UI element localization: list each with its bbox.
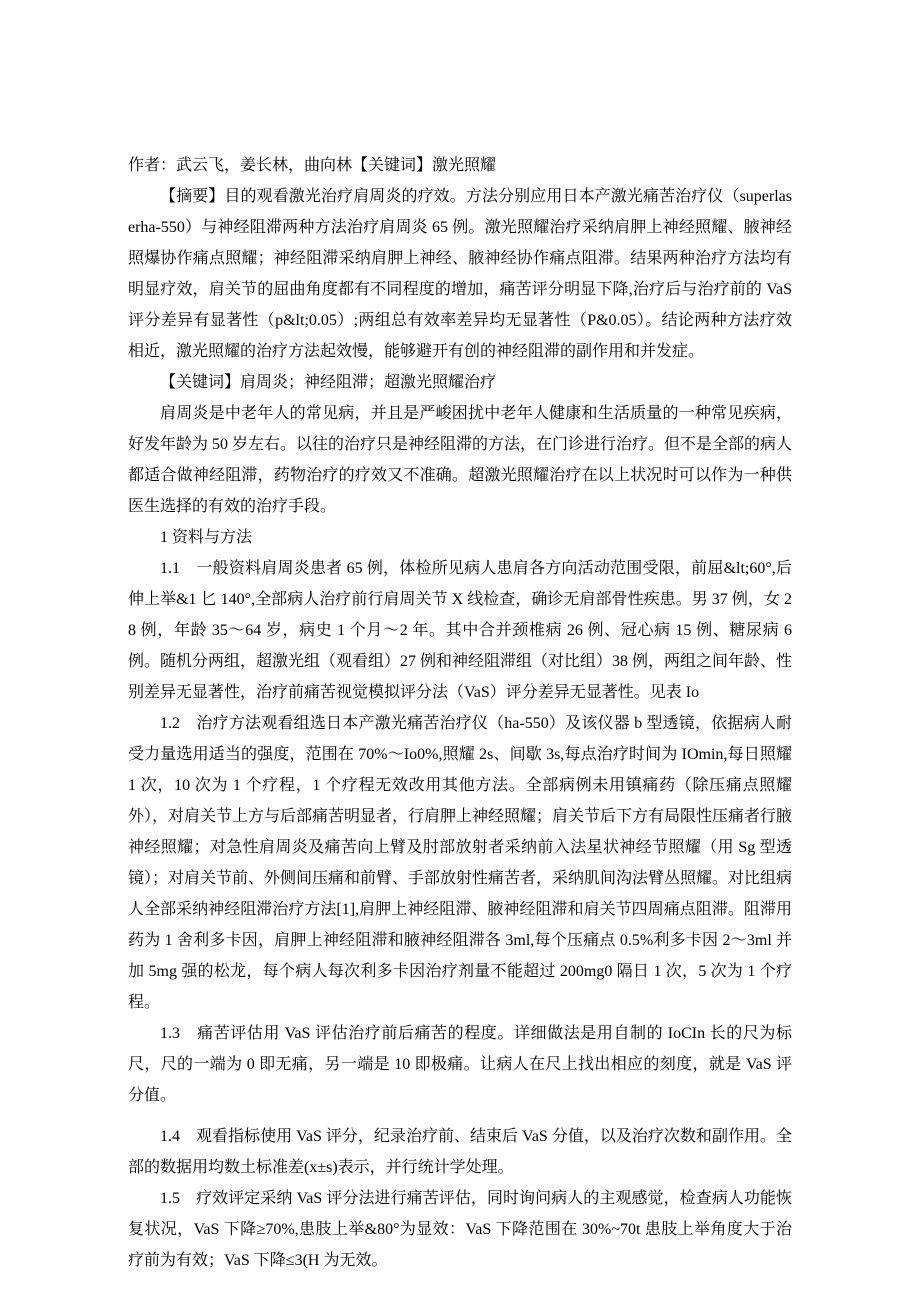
para-1-4-observation-index: 1.4 观看指标使用 VaS 评分，纪录治疗前、结束后 VaS 分值，以及治疗次… — [128, 1121, 792, 1183]
intro-paragraph: 肩周炎是中老年人的常见病，并且是严峻困扰中老年人健康和生活质量的一种常见疾病，好… — [128, 398, 792, 522]
abstract-paragraph: 【摘要】目的观看激光治疗肩周炎的疗效。方法分别应用日本产激光痛苦治疗仪（supe… — [128, 181, 792, 367]
para-1-5-efficacy-evaluation: 1.5 疗效评定采纳 VaS 评分法进行痛苦评估，同时询问病人的主观感觉，检查病… — [128, 1183, 792, 1276]
para-1-3-pain-assessment: 1.3 痛苦评估用 VaS 评估治疗前后痛苦的程度。详细做法是用自制的 IoCI… — [128, 1018, 792, 1111]
para-1-2-treatment-method: 1.2 治疗方法观看组选日本产激光痛苦治疗仪（ha-550）及该仪器 b 型透镜… — [128, 708, 792, 1018]
author-line: 作者：武云飞，姜长林，曲向林【关键词】激光照耀 — [128, 150, 792, 181]
document-page: 作者：武云飞，姜长林，曲向林【关键词】激光照耀 【摘要】目的观看激光治疗肩周炎的… — [0, 0, 920, 1301]
section-1-heading: 1 资料与方法 — [128, 522, 792, 553]
keywords-paragraph: 【关键词】肩周炎；神经阻滞；超激光照耀治疗 — [128, 367, 792, 398]
para-1-1-general-data: 1.1 一般资料肩周炎患者 65 例，体检所见病人患肩各方向活动范围受限，前屈&… — [128, 553, 792, 708]
